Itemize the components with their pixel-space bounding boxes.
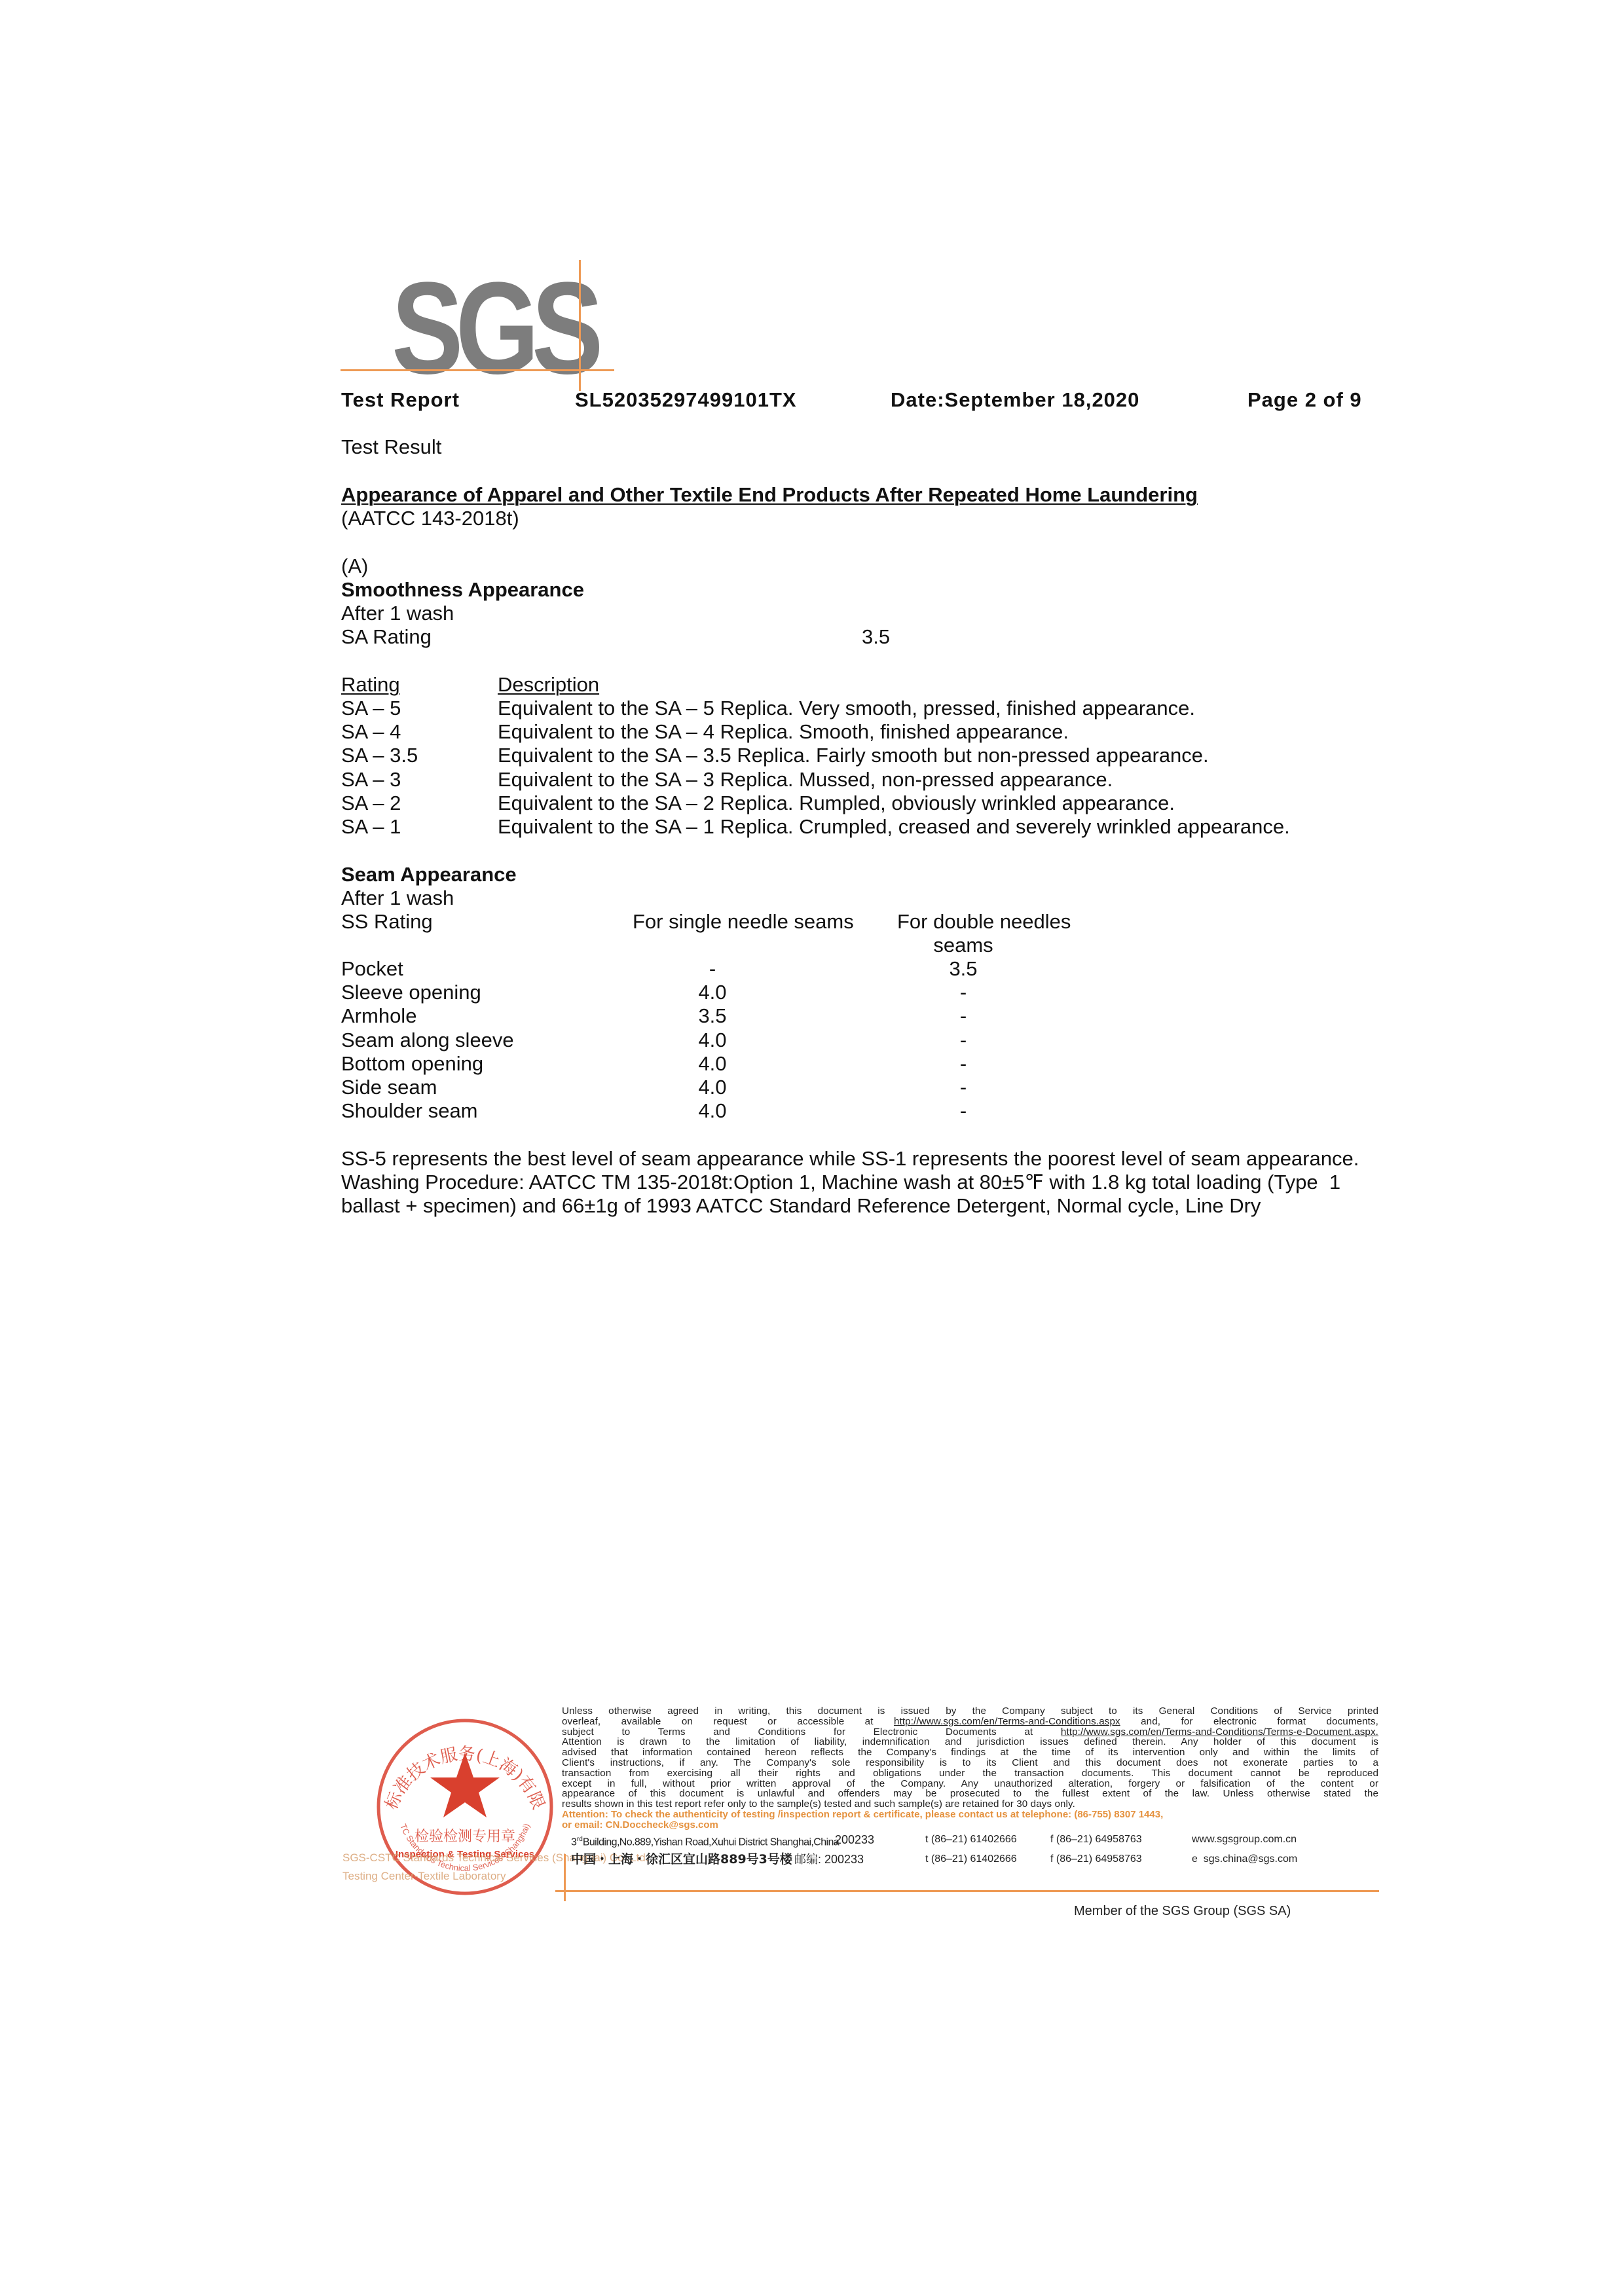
smoothness-after-wash: After 1 wash bbox=[341, 602, 454, 625]
seam-row-label: Seam along sleeve bbox=[341, 1029, 514, 1052]
seam-row-label: Side seam bbox=[341, 1076, 437, 1099]
seam-double-value: - bbox=[897, 1076, 1029, 1099]
logo-horizontal-rule bbox=[341, 369, 614, 371]
disclaimer-line: subject to Terms and Conditions for Elec… bbox=[562, 1727, 1378, 1738]
stamp-side-line-2: Testing Center-Textile Laboratory bbox=[342, 1870, 506, 1883]
disclaimer-line: Client's instructions, if any. The Compa… bbox=[562, 1758, 1378, 1768]
disclaimer-line: Unless otherwise agreed in writing, this… bbox=[562, 1706, 1378, 1717]
attention-line-1: Attention: To check the authenticity of … bbox=[562, 1810, 1163, 1820]
test-method: (AATCC 143-2018t) bbox=[341, 507, 519, 530]
telephone-2: t (86–21) 61402666 bbox=[925, 1850, 1017, 1868]
seam-single-value: 4.0 bbox=[633, 1076, 792, 1099]
section-marker: (A) bbox=[341, 555, 368, 578]
col-header-double: For double needles bbox=[897, 910, 1029, 934]
report-title: Test Report bbox=[341, 388, 460, 412]
seam-double-value: - bbox=[897, 1052, 1029, 1076]
terms-link[interactable]: http://www.sgs.com/en/Terms-and-Conditio… bbox=[894, 1716, 1120, 1727]
seam-double-value: - bbox=[897, 1029, 1029, 1052]
disclaimer-line: appearance of this document is unlawful … bbox=[562, 1789, 1378, 1799]
seam-double-value: - bbox=[897, 1099, 1029, 1123]
address-english: 3rdBuilding,No.889,Yishan Road,Xuhui Dis… bbox=[571, 1831, 839, 1851]
seam-single-value: - bbox=[633, 957, 792, 981]
member-of-sgs-group: Member of the SGS Group (SGS SA) bbox=[1074, 1904, 1291, 1919]
seam-after-wash: After 1 wash bbox=[341, 886, 454, 910]
terms-link[interactable]: http://www.sgs.com/en/Terms-and-Conditio… bbox=[1061, 1726, 1378, 1738]
legend-rating: SA – 2 bbox=[341, 792, 401, 815]
legend-header-description: Description bbox=[498, 673, 599, 697]
seam-heading: Seam Appearance bbox=[341, 863, 517, 886]
website-link[interactable]: www.sgsgroup.com.cn bbox=[1192, 1831, 1297, 1849]
disclaimer-line: transaction from exercising all their ri… bbox=[562, 1768, 1378, 1779]
seam-double-value: 3.5 bbox=[897, 957, 1029, 981]
smoothness-heading: Smoothness Appearance bbox=[341, 578, 584, 602]
logo-vertical-rule bbox=[579, 260, 581, 391]
legend-description: Equivalent to the SA – 4 Replica. Smooth… bbox=[498, 720, 1069, 744]
seam-row-label: Shoulder seam bbox=[341, 1099, 478, 1123]
report-date: Date:September 18,2020 bbox=[891, 388, 1139, 412]
seam-row-label: Bottom opening bbox=[341, 1052, 483, 1076]
legend-rating: SA – 3.5 bbox=[341, 744, 418, 767]
seam-single-value: 4.0 bbox=[633, 981, 792, 1004]
postcode-english: 200233 bbox=[835, 1831, 874, 1849]
report-number: SL52035297499101TX bbox=[575, 388, 797, 412]
legend-description: Equivalent to the SA – 5 Replica. Very s… bbox=[498, 697, 1195, 720]
section-label: Test Result bbox=[341, 435, 441, 459]
legend-description: Equivalent to the SA – 3.5 Replica. Fair… bbox=[498, 744, 1209, 767]
seam-row-label: Sleeve opening bbox=[341, 981, 481, 1004]
disclaimer-last-line: results shown in this test report refer … bbox=[562, 1799, 1075, 1810]
seam-single-value: 3.5 bbox=[633, 1004, 792, 1028]
legend-rating: SA – 1 bbox=[341, 815, 401, 839]
seam-double-value: - bbox=[897, 981, 1029, 1004]
footer-horizontal-rule bbox=[555, 1890, 1379, 1892]
email-link[interactable]: e sgs.china@sgs.com bbox=[1192, 1850, 1297, 1868]
address-street: Building,No.889,Yishan Road,Xuhui Distri… bbox=[583, 1836, 839, 1848]
col-header-double-cont: seams bbox=[897, 934, 1029, 957]
seam-double-value: - bbox=[897, 1004, 1029, 1028]
legal-disclaimer: Unless otherwise agreed in writing, this… bbox=[562, 1706, 1378, 1799]
disclaimer-line: advised that information contained hereo… bbox=[562, 1747, 1378, 1758]
legend-rating: SA – 4 bbox=[341, 720, 401, 744]
legend-rating: SA – 5 bbox=[341, 697, 401, 720]
disclaimer-line: overleaf, available on request or access… bbox=[562, 1717, 1378, 1727]
disclaimer-line: Attention is drawn to the limitation of … bbox=[562, 1737, 1378, 1747]
fax-2: f (86–21) 64958763 bbox=[1050, 1850, 1142, 1868]
footer-vertical-rule bbox=[564, 1854, 566, 1901]
legend-description: Equivalent to the SA – 3 Replica. Mussed… bbox=[498, 768, 1113, 792]
address-floor-suffix: rd bbox=[577, 1836, 583, 1843]
postcode-chinese: 邮编: 200233 bbox=[794, 1850, 864, 1868]
seam-row-label: Armhole bbox=[341, 1004, 416, 1028]
note-line-1: SS-5 represents the best level of seam a… bbox=[341, 1147, 1359, 1171]
fax-1: f (86–21) 64958763 bbox=[1050, 1831, 1142, 1849]
sa-rating-label: SA Rating bbox=[341, 625, 432, 649]
seam-single-value: 4.0 bbox=[633, 1052, 792, 1076]
sgs-logo-wordmark: SGS bbox=[392, 263, 596, 394]
page-number: Page 2 of 9 bbox=[1247, 388, 1362, 412]
disclaimer-line: except in full, without prior written ap… bbox=[562, 1779, 1378, 1789]
seam-single-value: 4.0 bbox=[633, 1029, 792, 1052]
ss-rating-label: SS Rating bbox=[341, 910, 433, 934]
note-line-3: ballast + specimen) and 66±1g of 1993 AA… bbox=[341, 1194, 1261, 1218]
address-chinese: 中国・上海・徐汇区宜山路889号3号楼 bbox=[571, 1850, 792, 1868]
telephone-1: t (86–21) 61402666 bbox=[925, 1831, 1017, 1849]
seam-row-label: Pocket bbox=[341, 957, 403, 981]
test-title: Appearance of Apparel and Other Textile … bbox=[341, 483, 1198, 507]
legend-header-rating: Rating bbox=[341, 673, 400, 697]
attention-line-2: or email: CN.Doccheck@sgs.com bbox=[562, 1820, 718, 1831]
sa-rating-value: 3.5 bbox=[862, 625, 890, 649]
col-header-single: For single needle seams bbox=[633, 910, 792, 934]
stamp-center-cn: 检验检测专用章 bbox=[415, 1829, 515, 1845]
note-line-2: Washing Procedure: AATCC TM 135-2018t:Op… bbox=[341, 1171, 1340, 1194]
legend-rating: SA – 3 bbox=[341, 768, 401, 792]
seam-single-value: 4.0 bbox=[633, 1099, 792, 1123]
legend-description: Equivalent to the SA – 1 Replica. Crumpl… bbox=[498, 815, 1290, 839]
legend-description: Equivalent to the SA – 2 Replica. Rumple… bbox=[498, 792, 1175, 815]
address-floor: 3 bbox=[571, 1836, 577, 1848]
